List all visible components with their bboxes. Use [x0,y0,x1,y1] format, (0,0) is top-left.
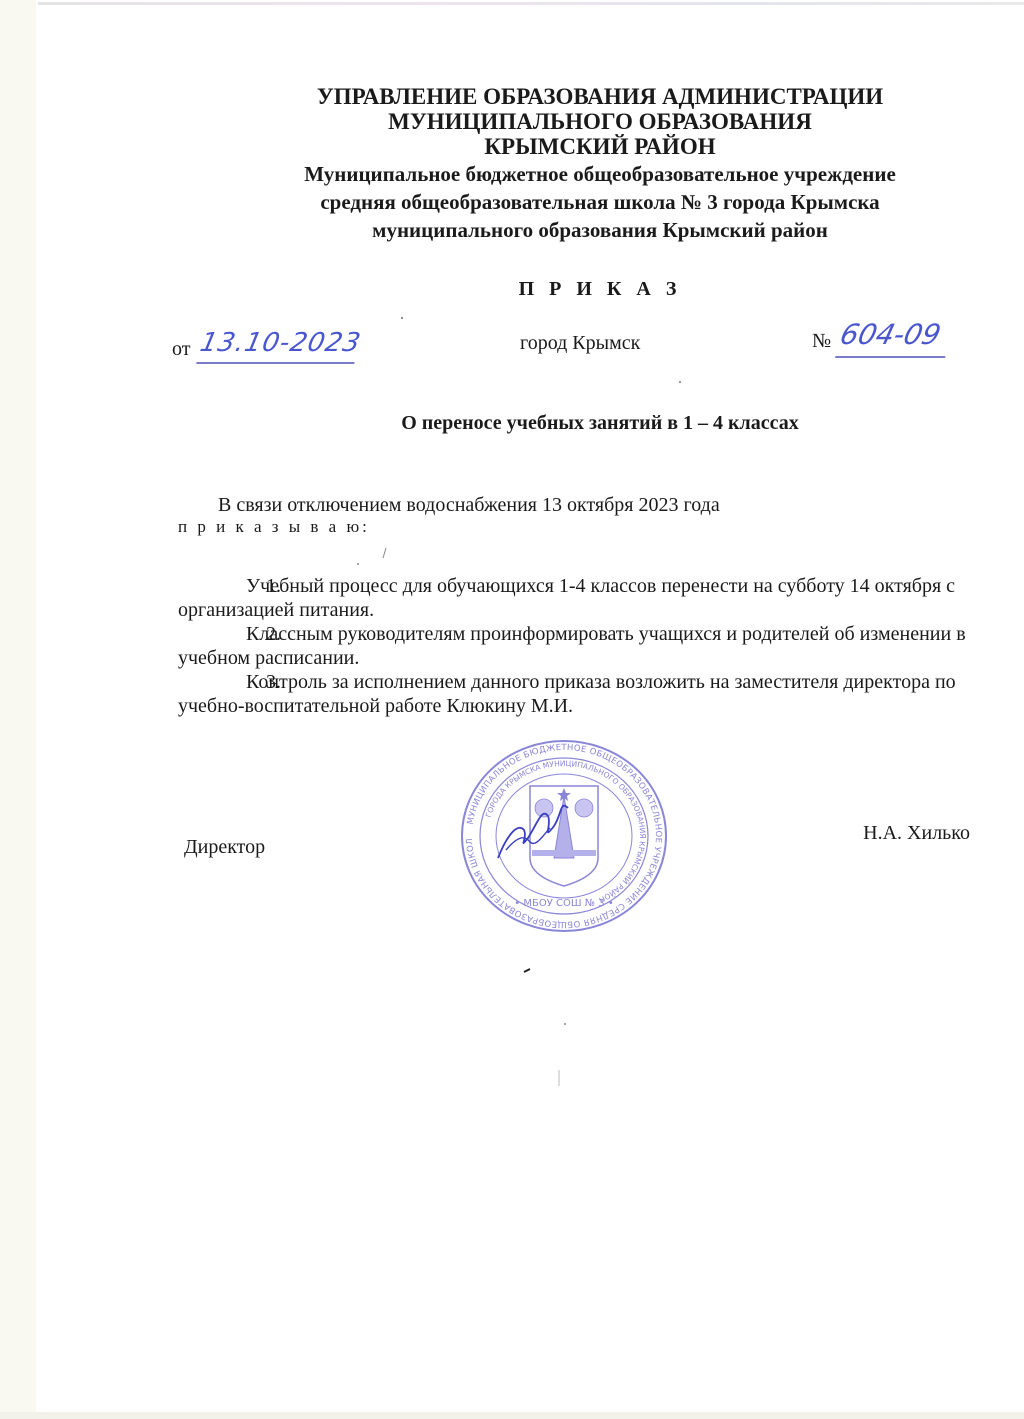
document-meta-row: от 13.10-2023 город Крымск № 604-09 [172,330,972,370]
decree-item: 1.Учебный процесс для обучающихся 1-4 кл… [178,574,978,622]
date-label: от [172,338,190,361]
document-preamble: В связи отключением водоснабжения 13 окт… [178,494,978,538]
city-label: город Крымск [520,332,640,355]
item-text: Учебный процесс для обучающихся 1-4 клас… [178,575,955,621]
handwritten-number: 604-09 [835,318,955,358]
scan-edge-left [0,0,36,1419]
item-text: Классным руководителям проинформировать … [178,623,966,669]
intro-text: В связи отключением водоснабжения 13 окт… [178,494,978,516]
document-header: УПРАВЛЕНИЕ ОБРАЗОВАНИЯ АДМИНИСТРАЦИИ МУН… [250,84,950,243]
school-line-3: муниципального образования Крымский райо… [250,217,950,243]
school-line-2: средняя общеобразовательная школа № 3 го… [250,189,950,215]
school-line-1: Муниципальное бюджетное общеобразователь… [250,161,950,187]
authority-line-1: УПРАВЛЕНИЕ ОБРАЗОВАНИЯ АДМИНИСТРАЦИИ [250,84,950,109]
number-label: № [812,330,831,353]
signatory-name: Н.А. Хилько [863,822,970,845]
signatory-role: Директор [184,836,265,859]
scan-edge-top [38,2,1024,5]
signature-row: Директор Н.А. Хилько [180,834,970,874]
authority-line-3: КРЫМСКИЙ РАЙОН [250,134,950,159]
decree-items: 1.Учебный процесс для обучающихся 1-4 кл… [178,574,978,718]
item-number: 1. [222,574,246,598]
document-type-title: П Р И К А З [480,278,720,301]
scan-edge-bottom [0,1412,1024,1419]
item-text: Контроль за исполнением данного приказа … [178,671,956,717]
item-number: 2. [222,622,246,646]
item-number: 3. [222,670,246,694]
decree-word: п р и к а з ы в а ю: [178,516,978,538]
decree-item: 3.Контроль за исполнением данного приказ… [178,670,978,718]
authority-line-2: МУНИЦИПАЛЬНОГО ОБРАЗОВАНИЯ [250,109,950,134]
decree-item: 2.Классным руководителям проинформироват… [178,622,978,670]
svg-text:• МБОУ СОШ № 3 •: • МБОУ СОШ № 3 • [514,898,613,909]
document-subject: О переносе учебных занятий в 1 – 4 класс… [300,412,900,435]
handwritten-date: 13.10-2023 [196,328,362,364]
